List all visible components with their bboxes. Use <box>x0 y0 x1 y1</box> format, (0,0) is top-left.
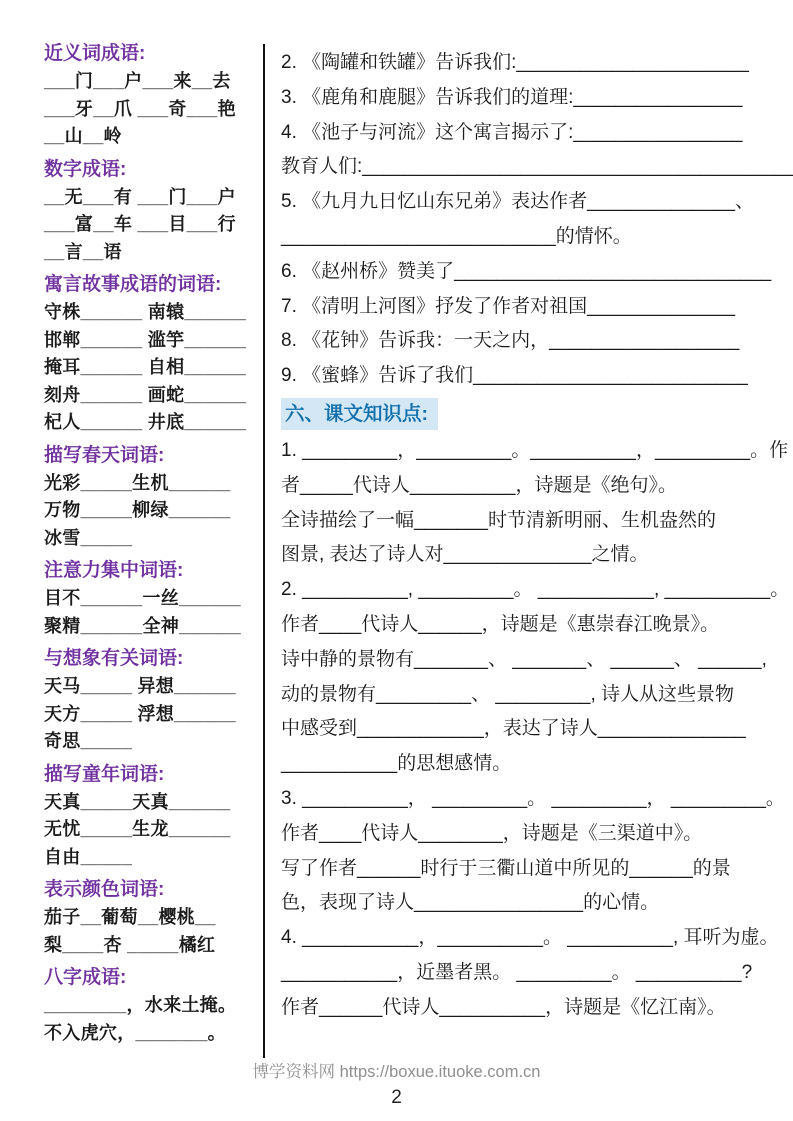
fill-in-blank-line: 聚精______全神______ <box>44 613 260 641</box>
fill-in-blank-line: 无忧_____生龙______ <box>44 816 260 844</box>
question-line: 者_____代诗人__________，诗题是《绝句》。 <box>281 469 769 504</box>
page-number: 2 <box>0 1086 793 1110</box>
left-section-header: 近义词成语: <box>44 42 260 66</box>
question-line: 作者____代诗人________，诗题是《三渠道中》。 <box>281 817 769 852</box>
left-section-header: 与想象有关词语: <box>44 647 260 671</box>
question-line: 9. 《蜜蜂》告诉了我们__________________________ <box>281 359 769 394</box>
fill-in-blank-line: 自由_____ <box>44 844 260 872</box>
section-header-row: 六、课文知识点: <box>281 394 769 434</box>
question-line: 3. __________， _________。 _________， ___… <box>281 782 769 817</box>
fill-in-blank-line: ___富__车 ___目___行 <box>44 211 260 239</box>
question-line: 1. _________，_________。__________，______… <box>281 434 769 469</box>
question-line: 2. 《陶罐和铁罐》告诉我们:______________________ <box>281 46 769 81</box>
fill-in-blank-line: __言__语 <box>44 239 260 267</box>
right-column: 2. 《陶罐和铁罐》告诉我们:______________________3. … <box>281 46 769 1026</box>
left-section-header: 描写春天词语: <box>44 444 260 468</box>
question-line: 全诗描绘了一幅_______时节清新明丽、生机盎然的 <box>281 504 769 539</box>
worksheet-page: 近义词成语:___门___户___来__去___牙__爪 ___奇___艳__山… <box>0 0 793 1121</box>
fill-in-blank-line: 目不______一丝______ <box>44 585 260 613</box>
question-line: 中感受到____________，表达了诗人______________ <box>281 712 769 747</box>
fill-in-blank-line: 杞人______ 井底______ <box>44 409 260 437</box>
question-line: 作者____代诗人______，诗题是《惠崇春江晚景》。 <box>281 608 769 643</box>
fill-in-blank-line: 万物_____柳绿______ <box>44 497 260 525</box>
fill-in-blank-line: 茄子__葡萄__樱桃__ <box>44 904 260 932</box>
question-line: 教育人们:___________________________________… <box>281 150 769 185</box>
fill-in-blank-line: 光彩_____生机______ <box>44 470 260 498</box>
fill-in-blank-line: 邯郸______ 滥竽______ <box>44 327 260 355</box>
fill-in-blank-line: 天马_____ 异想______ <box>44 673 260 701</box>
fill-in-blank-line: 梨____杏 _____橘红 <box>44 932 260 960</box>
question-line: 7. 《清明上河图》抒发了作者对祖国______________ <box>281 290 769 325</box>
question-line: 动的景物有_________、 _________, 诗人从这些景物 <box>281 678 769 713</box>
question-line: 作者______代诗人__________，诗题是《忆江南》。 <box>281 991 769 1026</box>
fill-in-blank-line: 掩耳______ 自相______ <box>44 354 260 382</box>
section-six-header: 六、课文知识点: <box>281 398 438 430</box>
fill-in-blank-line: 天真_____天真______ <box>44 789 260 817</box>
left-section-header: 描写童年词语: <box>44 763 260 787</box>
fill-in-blank-line: 奇思_____ <box>44 728 260 756</box>
fill-in-blank-line: __山__岭 <box>44 123 260 151</box>
left-section-header: 注意力集中词语: <box>44 559 260 583</box>
fill-in-blank-line: 冰雪_____ <box>44 525 260 553</box>
question-line: 图景, 表达了诗人对______________之情。 <box>281 538 769 573</box>
question-line: ___________，近墨者黑。 _________。 __________? <box>281 956 769 991</box>
left-section-header: 八字成语: <box>44 966 260 990</box>
fill-in-blank-line: 刻舟______ 画蛇______ <box>44 382 260 410</box>
question-line: 4. ___________，__________。 __________, 耳… <box>281 921 769 956</box>
question-line: 色，表现了诗人________________的心情。 <box>281 886 769 921</box>
question-line: 6. 《赵州桥》赞美了_____________________________… <box>281 255 769 290</box>
column-divider <box>263 44 265 1058</box>
question-line: __________________________的情怀。 <box>281 220 769 255</box>
fill-in-blank-line: ________，水来土掩。 <box>44 992 260 1020</box>
question-line: 2. __________, _________。 ___________, _… <box>281 573 769 608</box>
left-column: 近义词成语:___门___户___来__去___牙__爪 ___奇___艳__山… <box>44 42 260 1047</box>
fill-in-blank-line: 天方_____ 浮想______ <box>44 701 260 729</box>
footer-site-link: 博学资料网 https://boxue.ituoke.com.cn <box>0 1062 793 1082</box>
fill-in-blank-line: ___牙__爪 ___奇___艳 <box>44 96 260 124</box>
left-section-header: 表示颜色词语: <box>44 878 260 902</box>
question-line: 5. 《九月九日忆山东兄弟》表达作者______________、 <box>281 185 769 220</box>
fill-in-blank-line: 守株______ 南辕______ <box>44 299 260 327</box>
question-line: 8. 《花钟》告诉我：一天之内，__________________ <box>281 324 769 359</box>
fill-in-blank-line: __无___有 ___门___户 <box>44 184 260 212</box>
fill-in-blank-line: 不入虎穴，_______。 <box>44 1020 260 1048</box>
question-line: 3. 《鹿角和鹿腿》告诉我们的道理:________________ <box>281 81 769 116</box>
left-section-header: 数字成语: <box>44 158 260 182</box>
question-line: ___________的思想感情。 <box>281 747 769 782</box>
fill-in-blank-line: ___门___户___来__去 <box>44 68 260 96</box>
question-line: 4. 《池子与河流》这个寓言揭示了:________________ <box>281 116 769 151</box>
question-line: 写了作者______时行于三衢山道中所见的______的景 <box>281 852 769 887</box>
question-line: 诗中静的景物有_______、 _______、 ______、 ______, <box>281 643 769 678</box>
left-section-header: 寓言故事成语的词语: <box>44 273 260 297</box>
